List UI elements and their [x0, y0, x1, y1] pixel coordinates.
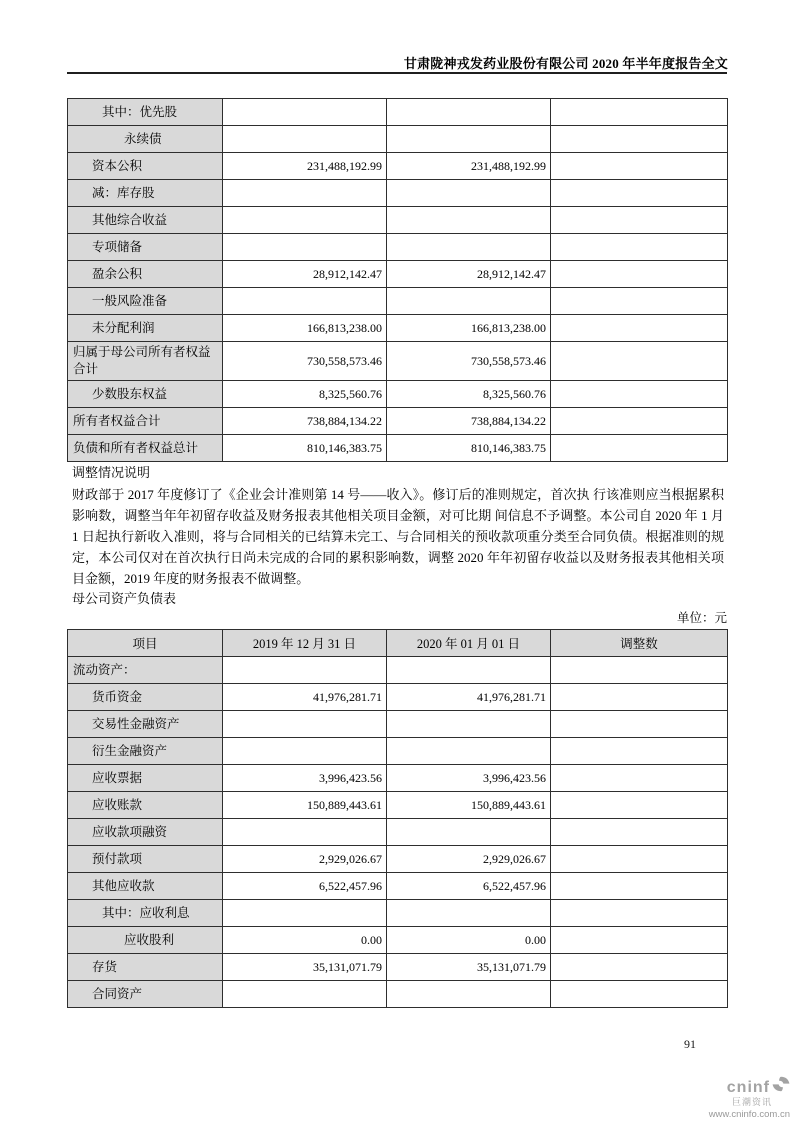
table-row: 其中：应收利息	[68, 900, 728, 927]
unit-label: 单位：元	[67, 610, 727, 626]
row-adjustment-value	[551, 408, 728, 435]
row-value: 150,889,443.61	[387, 792, 551, 819]
row-value	[223, 288, 387, 315]
row-adjustment-value	[551, 261, 728, 288]
row-adjustment-value	[551, 153, 728, 180]
row-label: 盈余公积	[68, 261, 223, 288]
table-row: 减：库存股	[68, 180, 728, 207]
row-label: 其他应收款	[68, 873, 223, 900]
row-value: 8,325,560.76	[223, 381, 387, 408]
row-value: 3,996,423.56	[387, 765, 551, 792]
row-label: 应收款项融资	[68, 819, 223, 846]
row-adjustment-value	[551, 981, 728, 1008]
row-value	[223, 738, 387, 765]
row-label: 永续债	[68, 126, 223, 153]
row-label: 其中：应收利息	[68, 900, 223, 927]
table-row: 交易性金融资产	[68, 711, 728, 738]
row-label: 衍生金融资产	[68, 738, 223, 765]
row-value: 41,976,281.71	[223, 684, 387, 711]
table-row: 所有者权益合计738,884,134.22738,884,134.22	[68, 408, 728, 435]
table-row: 合同资产	[68, 981, 728, 1008]
table-row: 归属于母公司所有者权益合计730,558,573.46730,558,573.4…	[68, 342, 728, 381]
row-label: 预付款项	[68, 846, 223, 873]
balance-sheet-table: 项目2019 年 12 月 31 日2020 年 01 月 01 日调整数 流动…	[67, 629, 728, 1008]
row-adjustment-value	[551, 126, 728, 153]
table-row: 其他应收款6,522,457.966,522,457.96	[68, 873, 728, 900]
row-value: 2,929,026.67	[223, 846, 387, 873]
row-value	[223, 234, 387, 261]
row-value	[387, 900, 551, 927]
row-label: 归属于母公司所有者权益合计	[68, 342, 223, 381]
row-adjustment-value	[551, 873, 728, 900]
table-row: 应收款项融资	[68, 819, 728, 846]
row-label: 减：库存股	[68, 180, 223, 207]
row-adjustment-value	[551, 819, 728, 846]
row-value: 35,131,071.79	[223, 954, 387, 981]
row-value: 41,976,281.71	[387, 684, 551, 711]
table-row: 预付款项2,929,026.672,929,026.67	[68, 846, 728, 873]
column-header: 项目	[68, 630, 223, 657]
cninfo-brand-cn: 巨潮资讯	[709, 1098, 772, 1107]
row-value	[387, 126, 551, 153]
row-label: 交易性金融资产	[68, 711, 223, 738]
table-row: 一般风险准备	[68, 288, 728, 315]
row-value: 810,146,383.75	[387, 435, 551, 462]
row-adjustment-value	[551, 684, 728, 711]
row-value	[223, 99, 387, 126]
row-value	[223, 900, 387, 927]
row-adjustment-value	[551, 711, 728, 738]
row-adjustment-value	[551, 900, 728, 927]
row-value: 166,813,238.00	[223, 315, 387, 342]
row-adjustment-value	[551, 738, 728, 765]
row-label: 合同资产	[68, 981, 223, 1008]
report-header-title: 甘肃陇神戎发药业股份有限公司 2020 年半年度报告全文	[404, 53, 728, 72]
column-header: 2019 年 12 月 31 日	[223, 630, 387, 657]
row-adjustment-value	[551, 435, 728, 462]
table-row: 流动资产：	[68, 657, 728, 684]
row-value: 730,558,573.46	[223, 342, 387, 381]
row-value	[223, 207, 387, 234]
table-row: 应收票据3,996,423.563,996,423.56	[68, 765, 728, 792]
row-label: 应收账款	[68, 792, 223, 819]
row-value: 0.00	[223, 927, 387, 954]
table-row: 其他综合收益	[68, 207, 728, 234]
row-value	[223, 126, 387, 153]
row-label: 少数股东权益	[68, 381, 223, 408]
row-value	[223, 981, 387, 1008]
table-row: 应收账款150,889,443.61150,889,443.61	[68, 792, 728, 819]
row-value: 730,558,573.46	[387, 342, 551, 381]
balance-sheet-header-row: 项目2019 年 12 月 31 日2020 年 01 月 01 日调整数	[68, 630, 728, 657]
row-value	[387, 99, 551, 126]
row-label: 未分配利润	[68, 315, 223, 342]
row-adjustment-value	[551, 288, 728, 315]
adjustment-note-title: 调整情况说明	[72, 465, 727, 481]
row-adjustment-value	[551, 180, 728, 207]
row-value: 8,325,560.76	[387, 381, 551, 408]
cninfo-url: www.cninfo.com.cn	[709, 1110, 790, 1120]
table-row: 衍生金融资产	[68, 738, 728, 765]
equity-table: 其中：优先股永续债资本公积231,488,192.99231,488,192.9…	[67, 98, 728, 462]
row-adjustment-value	[551, 765, 728, 792]
row-value	[387, 288, 551, 315]
row-value: 6,522,457.96	[387, 873, 551, 900]
table-row: 货币资金41,976,281.7141,976,281.71	[68, 684, 728, 711]
row-adjustment-value	[551, 234, 728, 261]
balance-sheet-title: 母公司资产负债表	[72, 591, 727, 607]
row-adjustment-value	[551, 954, 728, 981]
table-row: 资本公积231,488,192.99231,488,192.99	[68, 153, 728, 180]
row-value: 6,522,457.96	[223, 873, 387, 900]
row-adjustment-value	[551, 342, 728, 381]
row-value: 150,889,443.61	[223, 792, 387, 819]
row-adjustment-value	[551, 927, 728, 954]
row-value	[387, 738, 551, 765]
row-value	[223, 180, 387, 207]
table-row: 其中：优先股	[68, 99, 728, 126]
row-label: 货币资金	[68, 684, 223, 711]
table-row: 存货35,131,071.7935,131,071.79	[68, 954, 728, 981]
column-header: 2020 年 01 月 01 日	[387, 630, 551, 657]
table-row: 永续债	[68, 126, 728, 153]
row-value: 738,884,134.22	[223, 408, 387, 435]
row-label: 专项储备	[68, 234, 223, 261]
row-label: 流动资产：	[68, 657, 223, 684]
row-value: 810,146,383.75	[223, 435, 387, 462]
page-content: 其中：优先股永续债资本公积231,488,192.99231,488,192.9…	[67, 98, 727, 1008]
row-adjustment-value	[551, 846, 728, 873]
row-value	[387, 207, 551, 234]
row-value	[387, 711, 551, 738]
table-row: 负债和所有者权益总计810,146,383.75810,146,383.75	[68, 435, 728, 462]
row-value	[387, 180, 551, 207]
row-value: 231,488,192.99	[223, 153, 387, 180]
row-value: 231,488,192.99	[387, 153, 551, 180]
row-value	[223, 657, 387, 684]
table-row: 未分配利润166,813,238.00166,813,238.00	[68, 315, 728, 342]
page-number: 91	[684, 1037, 696, 1052]
table-row: 专项储备	[68, 234, 728, 261]
row-value: 738,884,134.22	[387, 408, 551, 435]
row-value	[387, 657, 551, 684]
adjustment-note-body: 财政部于 2017 年度修订了《企业会计准则第 14 号——收入》。修订后的准则…	[72, 484, 724, 589]
row-label: 负债和所有者权益总计	[68, 435, 223, 462]
row-label: 其中：优先股	[68, 99, 223, 126]
row-value: 3,996,423.56	[223, 765, 387, 792]
report-page: 甘肃陇神戎发药业股份有限公司 2020 年半年度报告全文 其中：优先股永续债资本…	[0, 0, 793, 1122]
row-label: 资本公积	[68, 153, 223, 180]
table-row: 应收股利0.000.00	[68, 927, 728, 954]
row-value	[387, 819, 551, 846]
row-label: 应收股利	[68, 927, 223, 954]
cninfo-logo-row: cninf	[709, 1076, 790, 1096]
row-adjustment-value	[551, 381, 728, 408]
row-adjustment-value	[551, 99, 728, 126]
row-value	[223, 819, 387, 846]
cninfo-brand-text: cninf	[727, 1080, 770, 1096]
row-value: 28,912,142.47	[387, 261, 551, 288]
row-adjustment-value	[551, 315, 728, 342]
row-value	[387, 981, 551, 1008]
row-value: 28,912,142.47	[223, 261, 387, 288]
table-row: 盈余公积28,912,142.4728,912,142.47	[68, 261, 728, 288]
cninfo-logo: cninf 巨潮资讯 www.cninfo.com.cn	[709, 1076, 790, 1120]
table-row: 少数股东权益8,325,560.768,325,560.76	[68, 381, 728, 408]
row-value: 0.00	[387, 927, 551, 954]
row-value: 2,929,026.67	[387, 846, 551, 873]
cninfo-swirl-icon	[772, 1076, 790, 1096]
row-value	[387, 234, 551, 261]
row-value: 166,813,238.00	[387, 315, 551, 342]
row-label: 其他综合收益	[68, 207, 223, 234]
row-value: 35,131,071.79	[387, 954, 551, 981]
row-value	[223, 711, 387, 738]
column-header: 调整数	[551, 630, 728, 657]
header-rule	[67, 72, 727, 74]
row-adjustment-value	[551, 792, 728, 819]
row-label: 应收票据	[68, 765, 223, 792]
row-adjustment-value	[551, 207, 728, 234]
row-label: 所有者权益合计	[68, 408, 223, 435]
row-adjustment-value	[551, 657, 728, 684]
row-label: 存货	[68, 954, 223, 981]
row-label: 一般风险准备	[68, 288, 223, 315]
